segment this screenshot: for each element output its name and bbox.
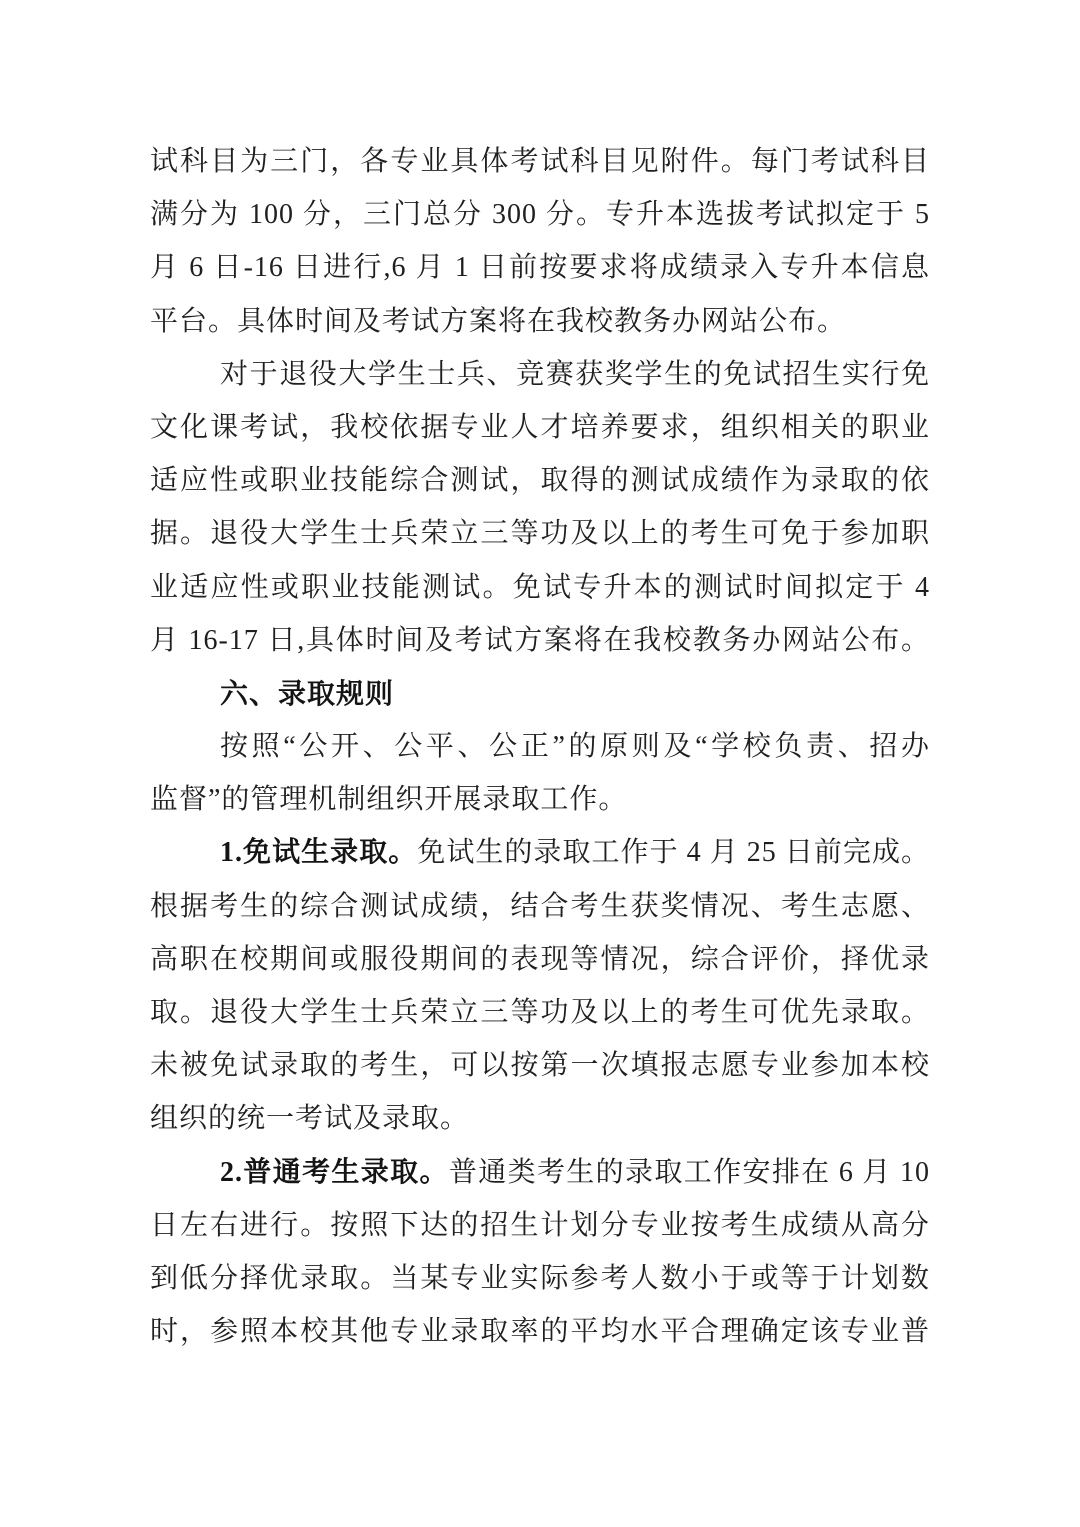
line-text: 高职在校期间或服役期间的表现等情况，综合评价，择优录: [150, 944, 930, 975]
text-line: 平台。具体时间及考试方案将在我校教务办网站公布。: [150, 295, 930, 348]
text-line: 取。退役大学生士兵荣立三等功及以上的考生可优先录取。: [150, 986, 930, 1039]
line-text: 取。退役大学生士兵荣立三等功及以上的考生可优先录取。: [150, 997, 930, 1028]
line-text: 时，参照本校其他专业录取率的平均水平合理确定该专业普: [150, 1316, 930, 1347]
line-text: 试科目为三门，各专业具体考试科目见附件。每门考试科目: [150, 146, 930, 177]
line-text: 免试生的录取工作于 4 月 25 日前完成。: [417, 837, 930, 868]
line-text: 按照“公开、公平、公正”的原则及“学校负责、招办: [220, 731, 930, 762]
line-text: 业适应性或职业技能测试。免试专升本的测试时间拟定于 4: [150, 572, 930, 603]
document-page: 试科目为三门，各专业具体考试科目见附件。每门考试科目满分为 100 分，三门总分…: [0, 0, 1080, 1527]
line-text: 组织的统一考试及录取。: [150, 1103, 469, 1134]
line-text: 月 16-17 日,具体时间及考试方案将在我校教务办网站公布。: [150, 625, 930, 656]
line-text: 适应性或职业技能综合测试，取得的测试成绩作为录取的依: [150, 465, 930, 496]
text-line: 高职在校期间或服役期间的表现等情况，综合评价，择优录: [150, 933, 930, 986]
text-line: 未被免试录取的考生，可以按第一次填报志愿专业参加本校: [150, 1039, 930, 1092]
text-line: 按照“公开、公平、公正”的原则及“学校负责、招办: [150, 720, 930, 773]
text-line: 日左右进行。按照下达的招生计划分专业按考生成绩从高分: [150, 1199, 930, 1252]
text-line: 对于退役大学生士兵、竞赛获奖学生的免试招生实行免: [150, 348, 930, 401]
text-line: 2.普通考生录取。普通类考生的录取工作安排在 6 月 10: [150, 1146, 930, 1199]
bold-lead-text: 2.普通考生录取。: [220, 1157, 449, 1188]
text-line: 试科目为三门，各专业具体考试科目见附件。每门考试科目: [150, 135, 930, 188]
line-text: 平台。具体时间及考试方案将在我校教务办网站公布。: [150, 306, 846, 337]
line-text: 普通类考生的录取工作安排在 6 月 10: [449, 1157, 930, 1188]
text-line: 月 6 日-16 日进行,6 月 1 日前按要求将成绩录入专升本信息: [150, 241, 930, 294]
line-text: 日左右进行。按照下达的招生计划分专业按考生成绩从高分: [150, 1210, 930, 1241]
line-text: 满分为 100 分，三门总分 300 分。专升本选拔考试拟定于 5: [150, 199, 930, 230]
text-line: 满分为 100 分，三门总分 300 分。专升本选拔考试拟定于 5: [150, 188, 930, 241]
text-line: 业适应性或职业技能测试。免试专升本的测试时间拟定于 4: [150, 561, 930, 614]
line-text: 对于退役大学生士兵、竞赛获奖学生的免试招生实行免: [220, 359, 930, 390]
text-line: 据。退役大学生士兵荣立三等功及以上的考生可免于参加职: [150, 507, 930, 560]
section-heading: 六、录取规则: [150, 667, 930, 720]
line-text: 文化课考试，我校依据专业人才培养要求，组织相关的职业: [150, 412, 930, 443]
line-text: 到低分择优录取。当某专业实际参考人数小于或等于计划数: [150, 1263, 930, 1294]
text-line: 1.免试生录取。免试生的录取工作于 4 月 25 日前完成。: [150, 826, 930, 879]
text-line: 月 16-17 日,具体时间及考试方案将在我校教务办网站公布。: [150, 614, 930, 667]
text-line: 组织的统一考试及录取。: [150, 1092, 930, 1145]
line-text: 据。退役大学生士兵荣立三等功及以上的考生可免于参加职: [150, 518, 930, 549]
text-line: 文化课考试，我校依据专业人才培养要求，组织相关的职业: [150, 401, 930, 454]
line-text: 根据考生的综合测试成绩，结合考生获奖情况、考生志愿、: [150, 891, 930, 922]
line-text: 未被免试录取的考生，可以按第一次填报志愿专业参加本校: [150, 1050, 930, 1081]
text-line: 适应性或职业技能综合测试，取得的测试成绩作为录取的依: [150, 454, 930, 507]
text-line: 根据考生的综合测试成绩，结合考生获奖情况、考生志愿、: [150, 880, 930, 933]
text-block: 试科目为三门，各专业具体考试科目见附件。每门考试科目满分为 100 分，三门总分…: [150, 135, 930, 1358]
line-text: 六、录取规则: [220, 678, 394, 709]
text-line: 监督”的管理机制组织开展录取工作。: [150, 773, 930, 826]
text-line: 到低分择优录取。当某专业实际参考人数小于或等于计划数: [150, 1252, 930, 1305]
bold-lead-text: 1.免试生录取。: [220, 837, 417, 868]
line-text: 月 6 日-16 日进行,6 月 1 日前按要求将成绩录入专升本信息: [150, 252, 930, 283]
text-line: 时，参照本校其他专业录取率的平均水平合理确定该专业普: [150, 1305, 930, 1358]
line-text: 监督”的管理机制组织开展录取工作。: [150, 784, 627, 815]
